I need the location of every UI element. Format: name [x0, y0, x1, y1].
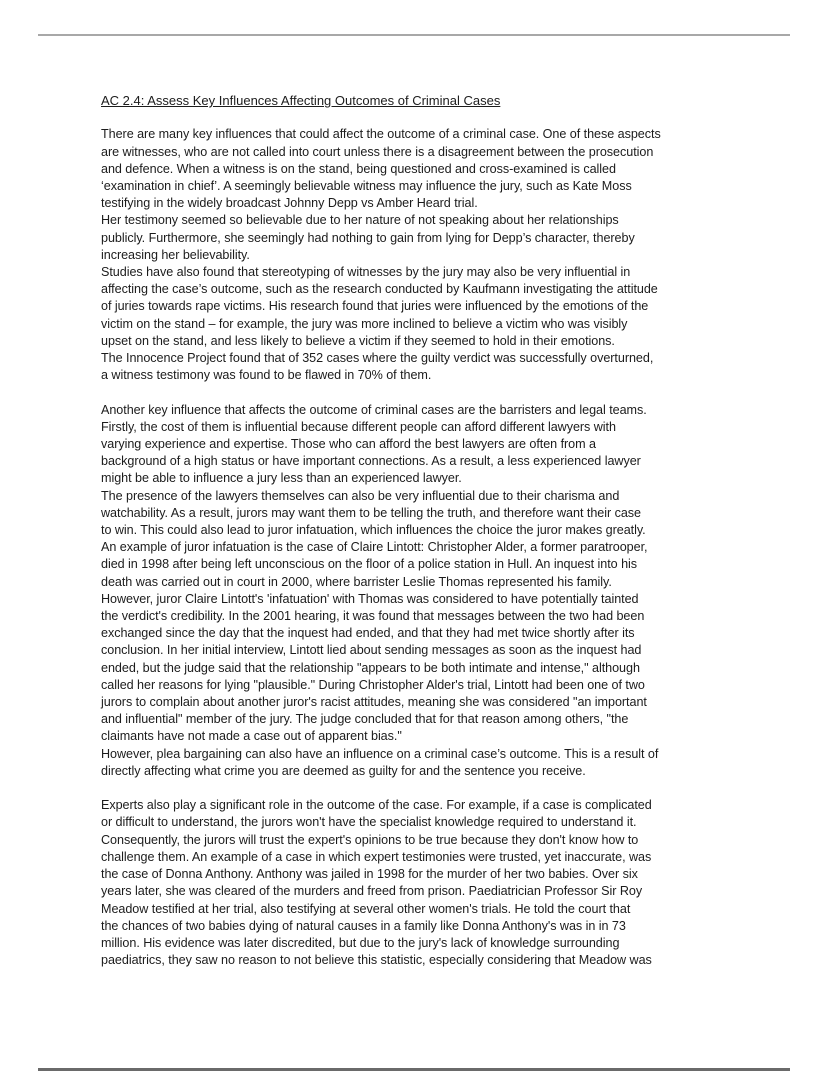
text-line: Firstly, the cost of them is influential… [101, 419, 741, 436]
text-line: However, juror Claire Lintott's 'infatua… [101, 591, 741, 608]
text-line: However, plea bargaining can also have a… [101, 746, 741, 763]
text-line: victim on the stand – for example, the j… [101, 316, 741, 333]
text-line: or difficult to understand, the jurors w… [101, 814, 741, 831]
paragraph-witnesses: There are many key influences that could… [101, 126, 741, 384]
text-line: death was carried out in court in 2000, … [101, 574, 741, 591]
text-line: An example of juror infatuation is the c… [101, 539, 741, 556]
text-line: and defence. When a witness is on the st… [101, 161, 741, 178]
text-line: the chances of two babies dying of natur… [101, 918, 741, 935]
text-line: the case of Donna Anthony. Anthony was j… [101, 866, 741, 883]
text-line: called her reasons for lying "plausible.… [101, 677, 741, 694]
paragraph-experts: Experts also play a significant role in … [101, 797, 741, 969]
text-line: might be able to influence a jury less t… [101, 470, 741, 487]
text-line: challenge them. An example of a case in … [101, 849, 741, 866]
text-line: varying experience and expertise. Those … [101, 436, 741, 453]
text-line: years later, she was cleared of the murd… [101, 883, 741, 900]
page-top-rule [38, 34, 790, 36]
text-line: million. His evidence was later discredi… [101, 935, 741, 952]
text-line: publicly. Furthermore, she seemingly had… [101, 230, 741, 247]
text-line: Another key influence that affects the o… [101, 402, 741, 419]
document-title: AC 2.4: Assess Key Influences Affecting … [101, 92, 741, 109]
text-line: Her testimony seemed so believable due t… [101, 212, 741, 229]
text-line: exchanged since the day that the inquest… [101, 625, 741, 642]
text-line: directly affecting what crime you are de… [101, 763, 741, 780]
text-line: Meadow testified at her trial, also test… [101, 901, 741, 918]
text-line: ‘examination in chief’. A seemingly beli… [101, 178, 741, 195]
text-line: Studies have also found that stereotypin… [101, 264, 741, 281]
text-line: testifying in the widely broadcast Johnn… [101, 195, 741, 212]
text-line: watchability. As a result, jurors may wa… [101, 505, 741, 522]
text-line: the verdict's credibility. In the 2001 h… [101, 608, 741, 625]
text-line: jurors to complain about another juror's… [101, 694, 741, 711]
text-line: paediatrics, they saw no reason to not b… [101, 952, 741, 969]
text-line: ended, but the judge said that the relat… [101, 660, 741, 677]
paragraph-barristers: Another key influence that affects the o… [101, 402, 741, 780]
text-line: background of a high status or have impo… [101, 453, 741, 470]
text-line: increasing her believability. [101, 247, 741, 264]
text-line: claimants have not made a case out of ap… [101, 728, 741, 745]
text-line: Consequently, the jurors will trust the … [101, 832, 741, 849]
text-line: Experts also play a significant role in … [101, 797, 741, 814]
text-line: to win. This could also lead to juror in… [101, 522, 741, 539]
text-line: died in 1998 after being left unconsciou… [101, 556, 741, 573]
text-line: conclusion. In her initial interview, Li… [101, 642, 741, 659]
text-line: The Innocence Project found that of 352 … [101, 350, 741, 367]
text-line: There are many key influences that could… [101, 126, 741, 143]
text-line: upset on the stand, and less likely to b… [101, 333, 741, 350]
text-line: a witness testimony was found to be flaw… [101, 367, 741, 384]
text-line: The presence of the lawyers themselves c… [101, 488, 741, 505]
text-line: and influential" member of the jury. The… [101, 711, 741, 728]
text-line: of juries towards rape victims. His rese… [101, 298, 741, 315]
text-line: affecting the case’s outcome, such as th… [101, 281, 741, 298]
document-page: AC 2.4: Assess Key Influences Affecting … [101, 92, 741, 987]
text-line: are witnesses, who are not called into c… [101, 144, 741, 161]
